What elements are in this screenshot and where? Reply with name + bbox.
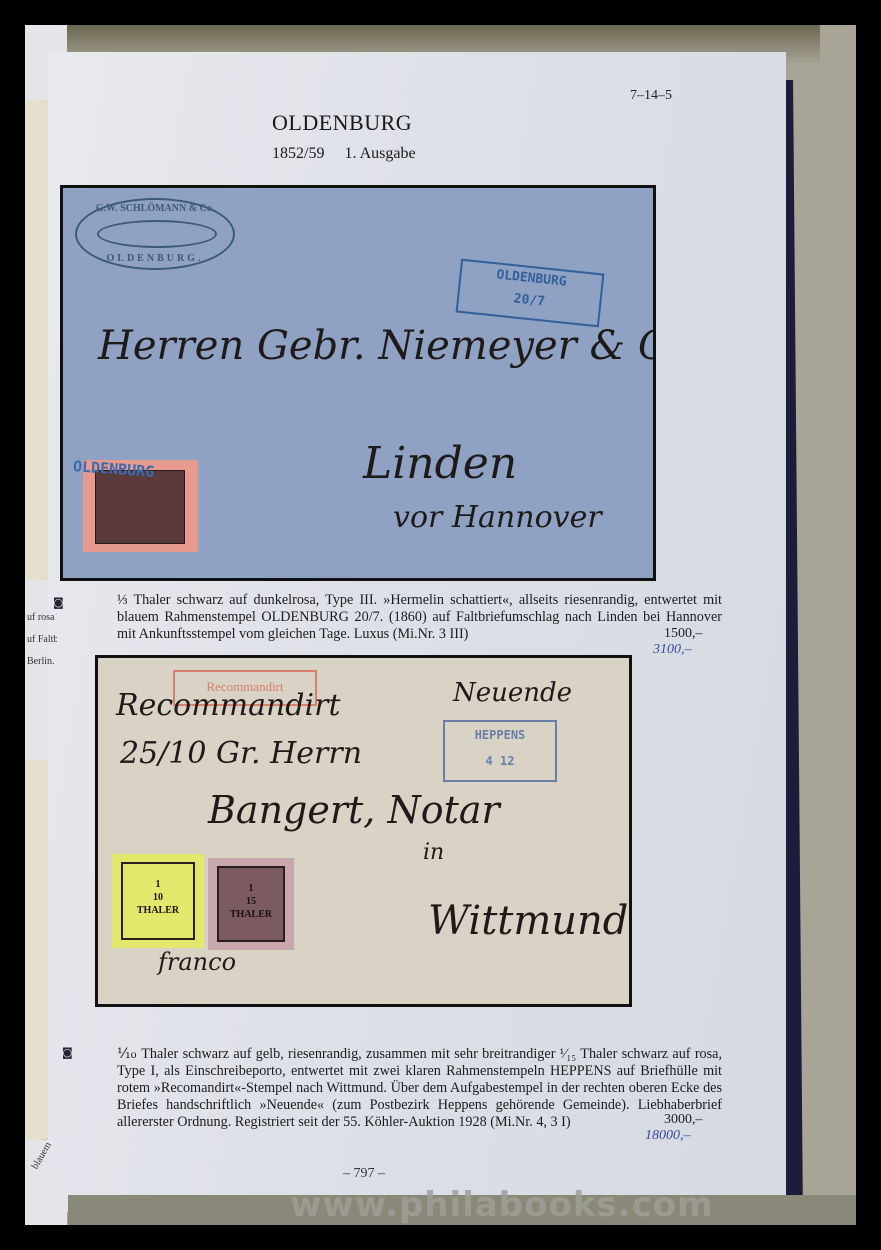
oval-cancel: G.W. SCHLÖMANN & Co. OLDENBURG. <box>75 198 235 270</box>
watermark: www.philabooks.com <box>290 1185 714 1225</box>
address-handwriting: Bangert, Notar <box>208 788 500 832</box>
handwriting-franco: franco <box>158 948 236 976</box>
adjacent-page-text: uf rosa Ty <box>27 612 57 623</box>
lot-1-cover-image: G.W. SCHLÖMANN & Co. OLDENBURG. OLDENBUR… <box>60 185 656 581</box>
handwriting-origin: Neuende <box>453 678 572 708</box>
lot-2-result: 18000,– <box>645 1128 691 1144</box>
lot-marker-icon: ◙ <box>53 596 64 609</box>
address-handwriting: vor Hannover <box>393 500 602 535</box>
lot-2-estimate: 3000,– <box>664 1112 703 1128</box>
lot-1-result: 3100,– <box>653 642 692 658</box>
handwriting-recommandirt: Recommandirt <box>116 688 341 723</box>
section-code: 7–14–5 <box>630 88 672 104</box>
period: 1852/59 <box>272 145 324 162</box>
issue: 1. Ausgabe <box>344 145 415 162</box>
postage-stamp-rose: 1 15 THALER <box>208 858 294 950</box>
adjacent-page-text: Berlin. Ru <box>27 656 57 667</box>
adjacent-page-text: uf Faltbri <box>27 634 57 645</box>
page-subtitle: 1852/59 1. Ausgabe <box>272 145 432 163</box>
frame-cancel: OLDENBURG 20/7 <box>456 259 605 328</box>
address-handwriting: in <box>423 840 444 865</box>
lot-1-estimate: 1500,– <box>664 626 703 642</box>
frame-cancel: HEPPENS 4 12 <box>443 720 557 782</box>
page-title: OLDENBURG <box>272 110 412 136</box>
lot-1-description: ⅓ Thaler schwarz auf dunkelrosa, Type II… <box>117 592 722 643</box>
address-handwriting: Wittmund <box>428 898 628 944</box>
page-number: – 797 – <box>343 1166 385 1182</box>
address-handwriting: Linden <box>363 438 517 489</box>
address-handwriting: Herren Gebr. Niemeyer & Co <box>98 323 656 369</box>
lot-2-description: ⅒ Thaler schwarz auf gelb, riesenrandig,… <box>117 1046 722 1131</box>
lot-2-cover-image: Recommandirt Recommandirt Neuende HEPPEN… <box>95 655 632 1007</box>
handwriting-fee: 25/10 Gr. Herrn <box>120 736 362 771</box>
lot-marker-icon: ◙ <box>62 1046 73 1059</box>
postage-stamp-yellow: 1 10 THALER <box>112 854 204 948</box>
